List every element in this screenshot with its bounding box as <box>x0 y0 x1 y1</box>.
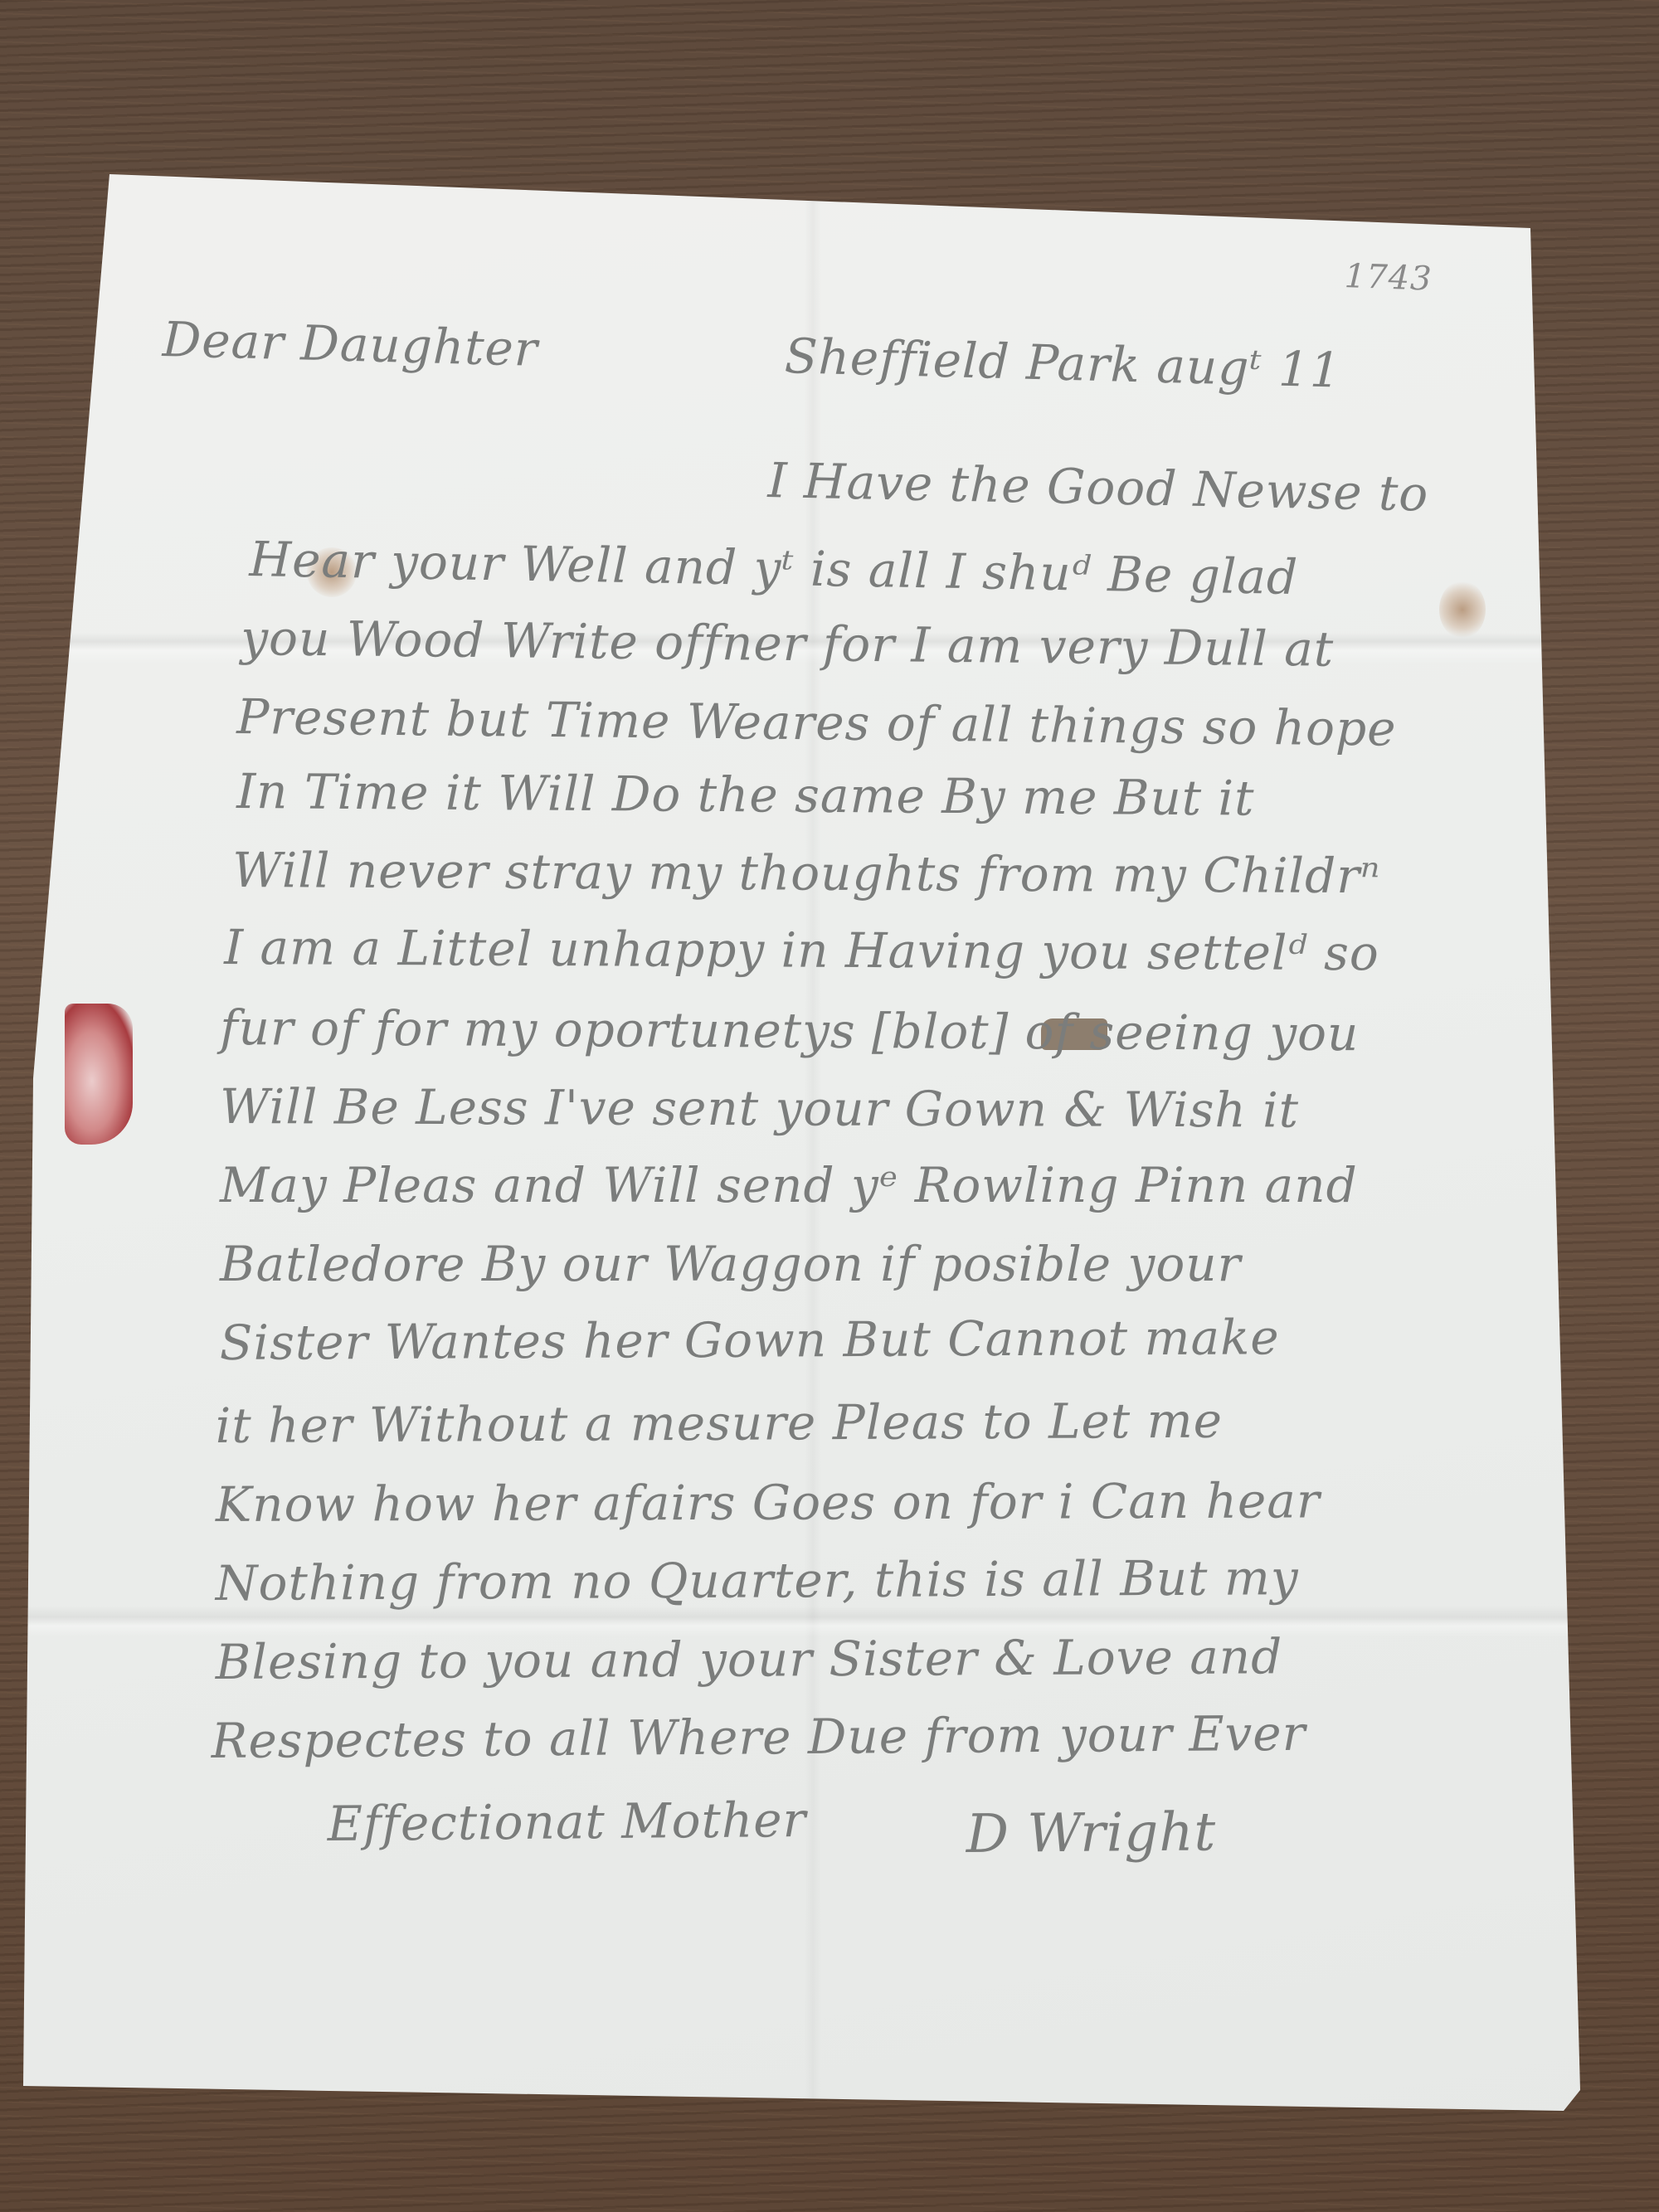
letter-sheet: 1743 Dear Daughter Sheffield Park augᵗ 1… <box>0 0 1659 2212</box>
body-line: In Time it Will Do the same By me But it <box>236 763 1255 827</box>
body-line: I am a Littel unhappy in Having you sett… <box>224 919 1379 981</box>
place-date: Sheffield Park augᵗ 11 <box>784 328 1342 399</box>
body-line: Present but Time Weares of all things so… <box>236 688 1397 757</box>
body-line: it her Without a mesure Pleas to Let me <box>216 1393 1223 1454</box>
body-line: you Wood Write offner for I am very Dull… <box>241 610 1334 678</box>
body-line: I Have the Good Newse to <box>767 452 1429 523</box>
body-line: Hear your Well and yᵗ is all I shuᵈ Be g… <box>249 531 1299 605</box>
salutation: Dear Daughter <box>162 311 538 377</box>
foxing-stain <box>1439 581 1486 639</box>
body-line: fur of for my oportunetys [blot] of seei… <box>220 999 1360 1062</box>
body-line: Nothing from no Quarter, this is all But… <box>216 1549 1299 1612</box>
body-line: Will never stray my thoughts from my Chi… <box>232 842 1381 904</box>
body-line: Sister Wantes her Gown But Cannot make <box>220 1309 1280 1371</box>
body-line: Respectes to all Where Due from your Eve… <box>212 1705 1306 1769</box>
wax-seal-remnant <box>65 1004 133 1145</box>
closing: Effectionat Mother <box>327 1791 806 1852</box>
body-line: Blesing to you and your Sister & Love an… <box>216 1628 1283 1690</box>
body-line: May Pleas and Will send yᵉ Rowling Pinn … <box>220 1157 1358 1213</box>
body-line: Will Be Less I've sent your Gown & Wish … <box>220 1078 1299 1139</box>
signature: D Wright <box>966 1801 1216 1865</box>
body-line: Batledore By our Waggon if posible your <box>220 1236 1241 1292</box>
year-annotation: 1743 <box>1344 257 1433 299</box>
body-line: Know how her afairs Goes on for i Can he… <box>216 1472 1321 1533</box>
